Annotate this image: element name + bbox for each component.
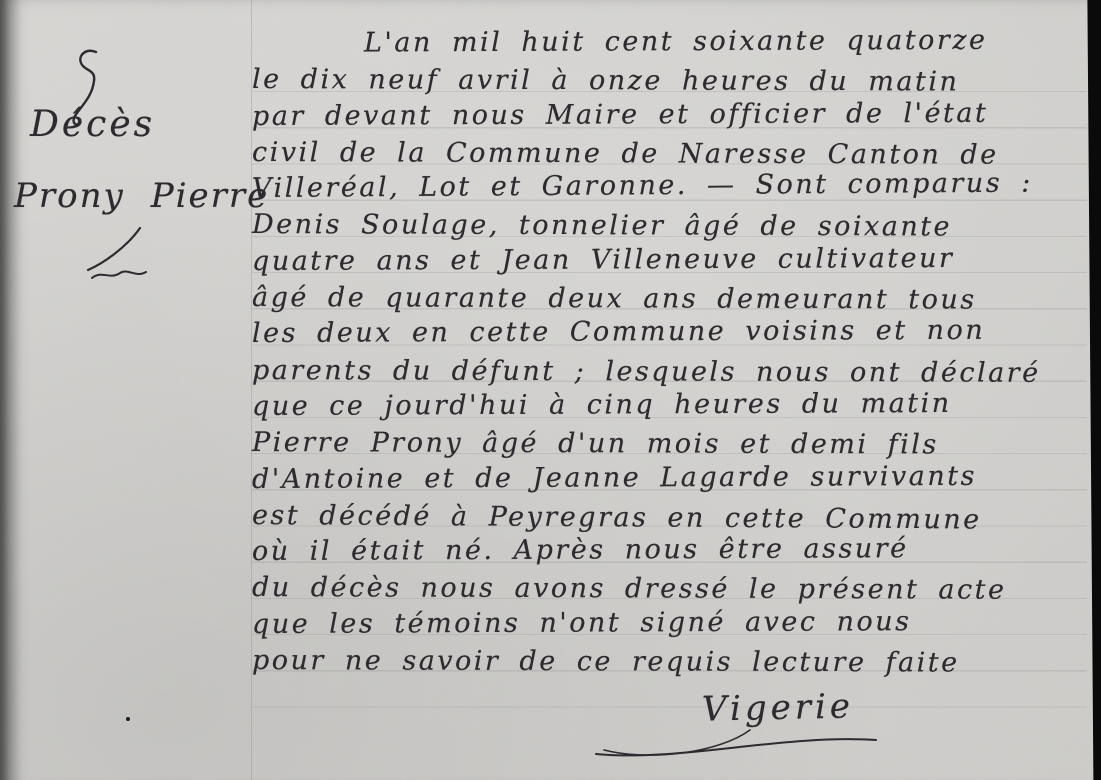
manuscript-line: L'an mil huit cent soixante quatorze (252, 22, 1088, 62)
manuscript-line: pour ne savoir de ce requis lecture fait… (252, 643, 1088, 682)
manuscript-line: d'Antoine et de Jeanne Lagarde survivant… (252, 458, 1088, 498)
manuscript-line: que les témoins n'ont signé avec nous (252, 603, 1088, 643)
manuscript-text-block: L'an mil huit cent soixante quatorze le … (252, 26, 1088, 679)
deceased-surname: Prony (14, 176, 125, 216)
margin-heading: Décès (30, 104, 155, 145)
scanned-death-record-page: Décès PronyPierre L'an mil huit cent soi… (0, 0, 1101, 780)
manuscript-line: les deux en cette Commune voisins et non (252, 313, 1088, 353)
page-left-edge-shadow (0, 0, 22, 780)
margin-deceased-name: PronyPierre (14, 176, 269, 216)
manuscript-line: que ce jourd'hui à cinq heures du matin (252, 385, 1088, 425)
margin-annotation-column: Décès PronyPierre (0, 0, 250, 780)
manuscript-line: Villeréal, Lot et Garonne. — Sont compar… (252, 165, 1088, 207)
officiant-signature: Vigerie (702, 686, 855, 729)
signature-flourish-icon (592, 728, 882, 768)
stray-ink-dot (126, 717, 130, 721)
manuscript-line: où il était né. Après nous être assuré (252, 531, 1088, 571)
margin-name-flourish-icon (62, 226, 202, 288)
manuscript-line: par devant nous Maire et officier de l'é… (252, 95, 1088, 135)
manuscript-line: quatre ans et Jean Villeneuve cultivateu… (252, 240, 1088, 280)
